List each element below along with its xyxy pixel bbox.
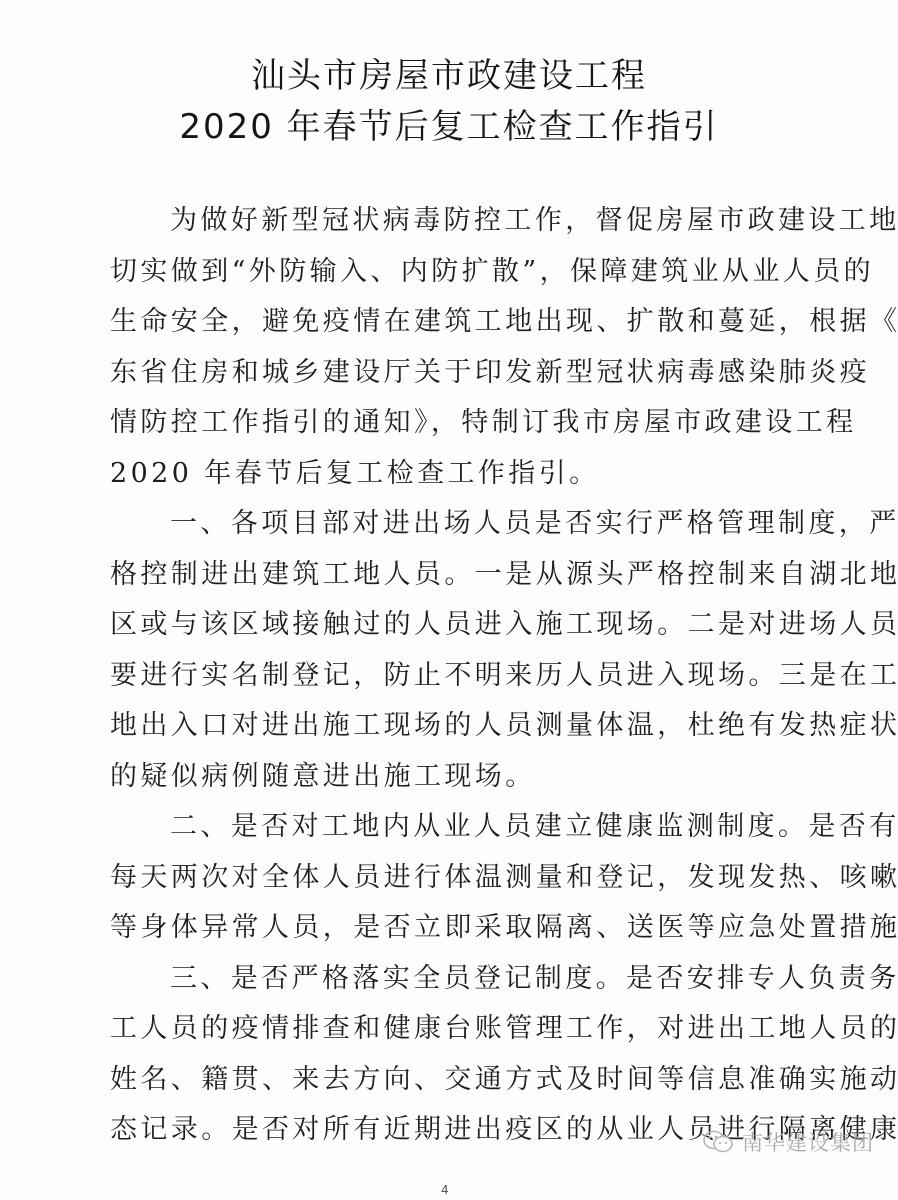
document-body: 为做好新型冠状病毒防控工作，督促房屋市政建设工地 切实做到“外防输入、内防扩散”… <box>110 199 800 1159</box>
page-number: 4 <box>441 1183 449 1197</box>
watermark: 南华建设集团 <box>702 1127 874 1157</box>
section-2-line: 等身体异常人员，是否立即采取隔离、送医等应急处置措施。 <box>110 906 800 957</box>
section-3-line: 工人员的疫情排查和健康台账管理工作，对进出工地人员的 <box>110 1007 800 1058</box>
paragraph-intro-line: 切实做到“外防输入、内防扩散”，保障建筑业从业人员的 <box>110 250 800 301</box>
section-1-line: 格控制进出建筑工地人员。一是从源头严格控制来自湖北地 <box>110 553 800 604</box>
document-page: 汕头市房屋市政建设工程 2020 年春节后复工检查工作指引 为做好新型冠状病毒防… <box>0 0 898 1200</box>
document-title-line-1: 汕头市房屋市政建设工程 <box>0 56 898 96</box>
document-title-line-2: 2020 年春节后复工检查工作指引 <box>0 107 898 147</box>
paragraph-intro-line: 为做好新型冠状病毒防控工作，督促房屋市政建设工地 <box>110 199 800 250</box>
section-1-line: 一、各项目部对进出场人员是否实行严格管理制度，严 <box>110 502 800 553</box>
watermark-text: 南华建设集团 <box>742 1127 874 1157</box>
paragraph-intro-line: 东省住房和城乡建设厅关于印发新型冠状病毒感染肺炎疫 <box>110 351 800 402</box>
section-3-line: 三、是否严格落实全员登记制度。是否安排专人负责务 <box>110 957 800 1008</box>
section-2-line: 每天两次对全体人员进行体温测量和登记，发现发热、咳嗽 <box>110 856 800 907</box>
section-3-line: 态记录。是否对所有近期进出疫区的从业人员进行隔离健康 <box>110 1108 800 1159</box>
section-1-line: 区或与该区域接触过的人员进入施工现场。二是对进场人员 <box>110 603 800 654</box>
section-1-line: 地出入口对进出施工现场的人员测量体温，杜绝有发热症状 <box>110 704 800 755</box>
paragraph-intro-line: 2020 年春节后复工检查工作指引。 <box>110 452 800 503</box>
paragraph-intro-line: 生命安全，避免疫情在建筑工地出现、扩散和蔓延，根据《广 <box>110 300 800 351</box>
wechat-icon <box>702 1129 736 1155</box>
section-1-line: 要进行实名制登记，防止不明来历人员进入现场。三是在工 <box>110 654 800 705</box>
section-2-line: 二、是否对工地内从业人员建立健康监测制度。是否有 <box>110 805 800 856</box>
paragraph-intro-line: 情防控工作指引的通知》，特制订我市房屋市政建设工程 <box>110 401 800 452</box>
section-1-line: 的疑似病例随意进出施工现场。 <box>110 755 800 806</box>
section-3-line: 姓名、籍贯、来去方向、交通方式及时间等信息准确实施动 <box>110 1058 800 1109</box>
